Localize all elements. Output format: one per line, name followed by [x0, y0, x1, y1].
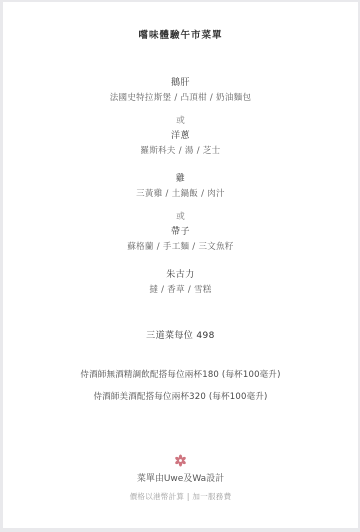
course-name: 帶子: [3, 225, 358, 240]
course-description: 蘇格蘭 / 手工麵 / 三文魚籽: [3, 240, 358, 255]
course-name: 雞: [3, 172, 358, 187]
course-name: 朱古力: [3, 268, 358, 283]
course-name: 鵝肝: [3, 76, 358, 91]
price-line: 三道菜每位 498: [3, 329, 358, 344]
flower-icon: [174, 450, 187, 469]
course-scallop: 帶子 蘇格蘭 / 手工麵 / 三文魚籽: [3, 225, 358, 255]
course-chicken: 雞 三黃雞 / 土鍋飯 / 肉汁: [3, 172, 358, 202]
pairing-wine: 侍酒師美酒配搭每位兩杯320 (每杯100毫升): [3, 390, 358, 405]
course-description: 羅斯科夫 / 湯 / 芝士: [3, 144, 358, 159]
course-chocolate: 朱古力 撻 / 香草 / 雪糕: [3, 268, 358, 298]
menu-title: 嚐味體驗午市菜單: [3, 28, 358, 43]
design-credit: 菜單由Uwe及Wa設計: [3, 472, 358, 487]
or-divider: 或: [3, 114, 358, 129]
pairing-nonalcoholic: 侍酒師無酒精調飲配搭每位兩杯180 (每杯100毫升): [3, 368, 358, 383]
or-divider: 或: [3, 210, 358, 225]
course-foie-gras: 鵝肝 法國史特拉斯堡 / 凸頂柑 / 奶油麵包: [3, 76, 358, 106]
footer-logo: [3, 453, 358, 467]
course-onion: 洋蔥 羅斯科夫 / 湯 / 芝士: [3, 129, 358, 159]
menu-page: 嚐味體驗午市菜單 鵝肝 法國史特拉斯堡 / 凸頂柑 / 奶油麵包 或 洋蔥 羅斯…: [3, 2, 358, 528]
course-name: 洋蔥: [3, 129, 358, 144]
course-description: 法國史特拉斯堡 / 凸頂柑 / 奶油麵包: [3, 91, 358, 106]
course-description: 撻 / 香草 / 雪糕: [3, 283, 358, 298]
course-description: 三黃雞 / 土鍋飯 / 肉汁: [3, 187, 358, 202]
price-note: 價格以港幣計算 | 加一服務費: [3, 490, 358, 503]
